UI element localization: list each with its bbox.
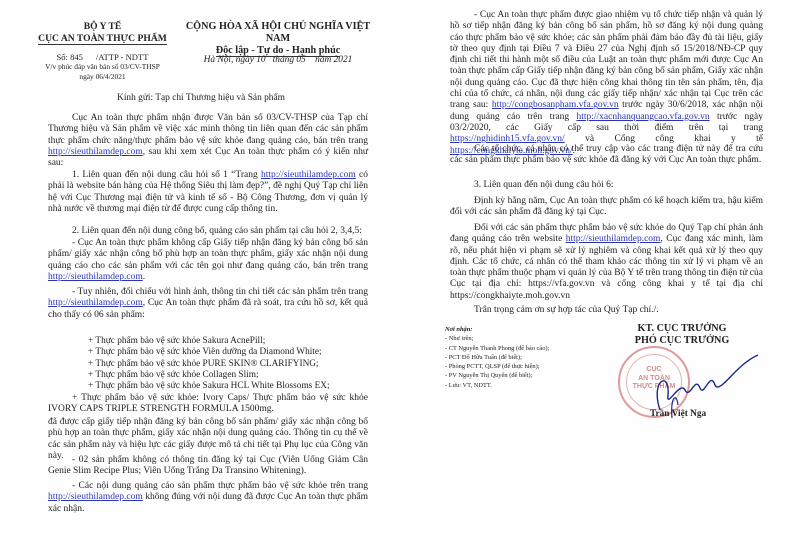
- p1-text-d: và Cổng công khai y tế: [565, 134, 763, 144]
- q2-paragraph-4: - 02 sản phẩm không có thông tin đăng ký…: [48, 455, 368, 478]
- site-link[interactable]: http://sieuthilamdep.com: [261, 170, 356, 180]
- signature-title-2: PHÓ CỤC TRƯỞNG: [612, 335, 752, 347]
- q2-paragraph-5: - Các nội dung quảng cáo sản phẩm thực p…: [48, 481, 368, 515]
- agency-header: BỘ Y TẾ CỤC AN TOÀN THỰC PHẨM: [30, 21, 175, 45]
- product-item: + Thực phẩm bảo vệ sức khỏe PURE SKIN® C…: [88, 359, 319, 370]
- recipient-item: - Như trên;: [445, 334, 549, 343]
- document-date: Hà Nội, ngày 10 tháng 05 năm 2021: [178, 55, 378, 65]
- document-number-block: Số: 845 /ATTP - NDTT V/v phúc đáp văn bả…: [30, 52, 175, 82]
- q2-p1-text: - Cục An toàn thực phẩm không cấp Giấy t…: [48, 238, 368, 271]
- recipients-list: - Như trên;- CT Nguyễn Thanh Phong (để b…: [445, 334, 549, 390]
- intro-paragraph: Cục An toàn thực phẩm nhận được Văn bản …: [48, 113, 368, 169]
- recipients-block: Nơi nhận: - Như trên;- CT Nguyễn Thanh P…: [445, 325, 549, 390]
- country-name: CỘNG HÒA XÃ HỘI CHỦ NGHĨA VIỆT NAM: [178, 21, 378, 45]
- agency-name: CỤC AN TOÀN THỰC PHẨM: [38, 33, 167, 45]
- intro-text: Cục An toàn thực phẩm nhận được Văn bản …: [48, 113, 368, 146]
- signature-title: KT. CỤC TRƯỞNG PHÓ CỤC TRƯỞNG: [612, 323, 752, 347]
- national-header: CỘNG HÒA XÃ HỘI CHỦ NGHĨA VIỆT NAM Độc l…: [178, 21, 378, 57]
- right-paragraph-1: - Cục An toàn thực phẩm được giao nhiệm …: [450, 10, 763, 157]
- q2-p1-end: .: [143, 272, 145, 282]
- xacnhanquangcao-link[interactable]: http://xacnhanquangcao.vfa.gov.vn: [576, 112, 709, 122]
- recipients-title: Nơi nhận: [445, 326, 470, 333]
- recipient-item: - CT Nguyễn Thanh Phong (để báo cáo);: [445, 344, 549, 353]
- subject-date: ngày 06/4/2021: [30, 72, 175, 82]
- site-link[interactable]: http://sieuthilamdep.com: [48, 298, 143, 308]
- product-last: + Thực phẩm bảo vệ sức khỏe: Ivory Caps/…: [48, 393, 368, 416]
- recipient-item: - PV Nguyễn Thị Quyên (để biết);: [445, 371, 549, 380]
- nghidinh15-link[interactable]: https://nghidinh15.vfa.gov.vn/: [450, 134, 565, 144]
- recipient-item: - Phòng PCTT, QLSP (để thực hiện);: [445, 362, 549, 371]
- signer-name: Trần Việt Nga: [650, 409, 706, 419]
- site-link[interactable]: http://sieuthilamdep.com: [48, 272, 143, 282]
- right-paragraph-3: Định kỳ hằng năm, Cục An toàn thực phẩm …: [450, 196, 763, 219]
- subject-line: V/v phúc đáp văn bản số 03/CV-THSP: [30, 62, 175, 72]
- recipient-item: - Lưu: VT, NDTT.: [445, 381, 549, 390]
- right-paragraph-2: Các tổ chức, cá nhân có thể truy cập vào…: [450, 144, 763, 167]
- question-1-paragraph: 1. Liên quan đến nội dung câu hỏi số 1 “…: [48, 170, 368, 215]
- recipient-item: - PCT Đỗ Hữu Tuấn (để biết);: [445, 353, 549, 362]
- congbosanpham-link[interactable]: http://congbosanpham.vfa.gov.vn: [492, 100, 619, 110]
- q2-paragraph-2: - Tuy nhiên, đối chiếu với hình ảnh, thô…: [48, 287, 368, 321]
- product-item: + Thực phẩm bảo vệ sức khỏe Sakura AcneP…: [88, 336, 265, 347]
- question-3-heading: 3. Liên quan đến nội dung câu hỏi 6:: [450, 180, 763, 191]
- p1-text: - Cục An toàn thực phẩm được giao nhiệm …: [450, 10, 763, 110]
- product-item: + Thực phẩm bảo vệ sức khỏe Collagen Sli…: [88, 370, 259, 381]
- question-2-heading: 2. Liên quan đến nội dung công bố, quảng…: [48, 226, 368, 237]
- q2-p5-text: - Các nội dung quảng cáo sản phẩm thực p…: [72, 481, 368, 491]
- right-paragraph-4: Đối với các sản phẩm thực phẩm bảo vệ sứ…: [450, 223, 763, 302]
- site-link[interactable]: http://sieuthilamdep.com: [48, 492, 143, 502]
- site-link[interactable]: http://sieuthilamdep.com: [48, 147, 143, 157]
- product-item: + Thực phẩm bảo vệ sức khỏe Sakura HCL W…: [88, 381, 330, 392]
- q2-p2-text: - Tuy nhiên, đối chiếu với hình ảnh, thô…: [72, 287, 368, 297]
- q2-paragraph-1: - Cục An toàn thực phẩm không cấp Giấy t…: [48, 238, 368, 283]
- q1-text: 1. Liên quan đến nội dung câu hỏi số 1 “…: [72, 170, 261, 180]
- document-number: Số: 845 /ATTP - NDTT: [30, 52, 175, 62]
- signature-title-1: KT. CỤC TRƯỞNG: [612, 323, 752, 335]
- product-item: + Thực phẩm bảo vệ sức khỏe Viên dưỡng d…: [88, 347, 322, 358]
- closing-line: Trân trọng cảm ơn sự hợp tác của Quý Tạp…: [450, 305, 763, 316]
- greeting: Kính gửi: Tạp chí Thương hiệu và Sản phẩ…: [0, 93, 402, 103]
- site-link[interactable]: http://sieuthilamdep.com: [566, 234, 661, 244]
- ministry-name: BỘ Y TẾ: [30, 21, 175, 33]
